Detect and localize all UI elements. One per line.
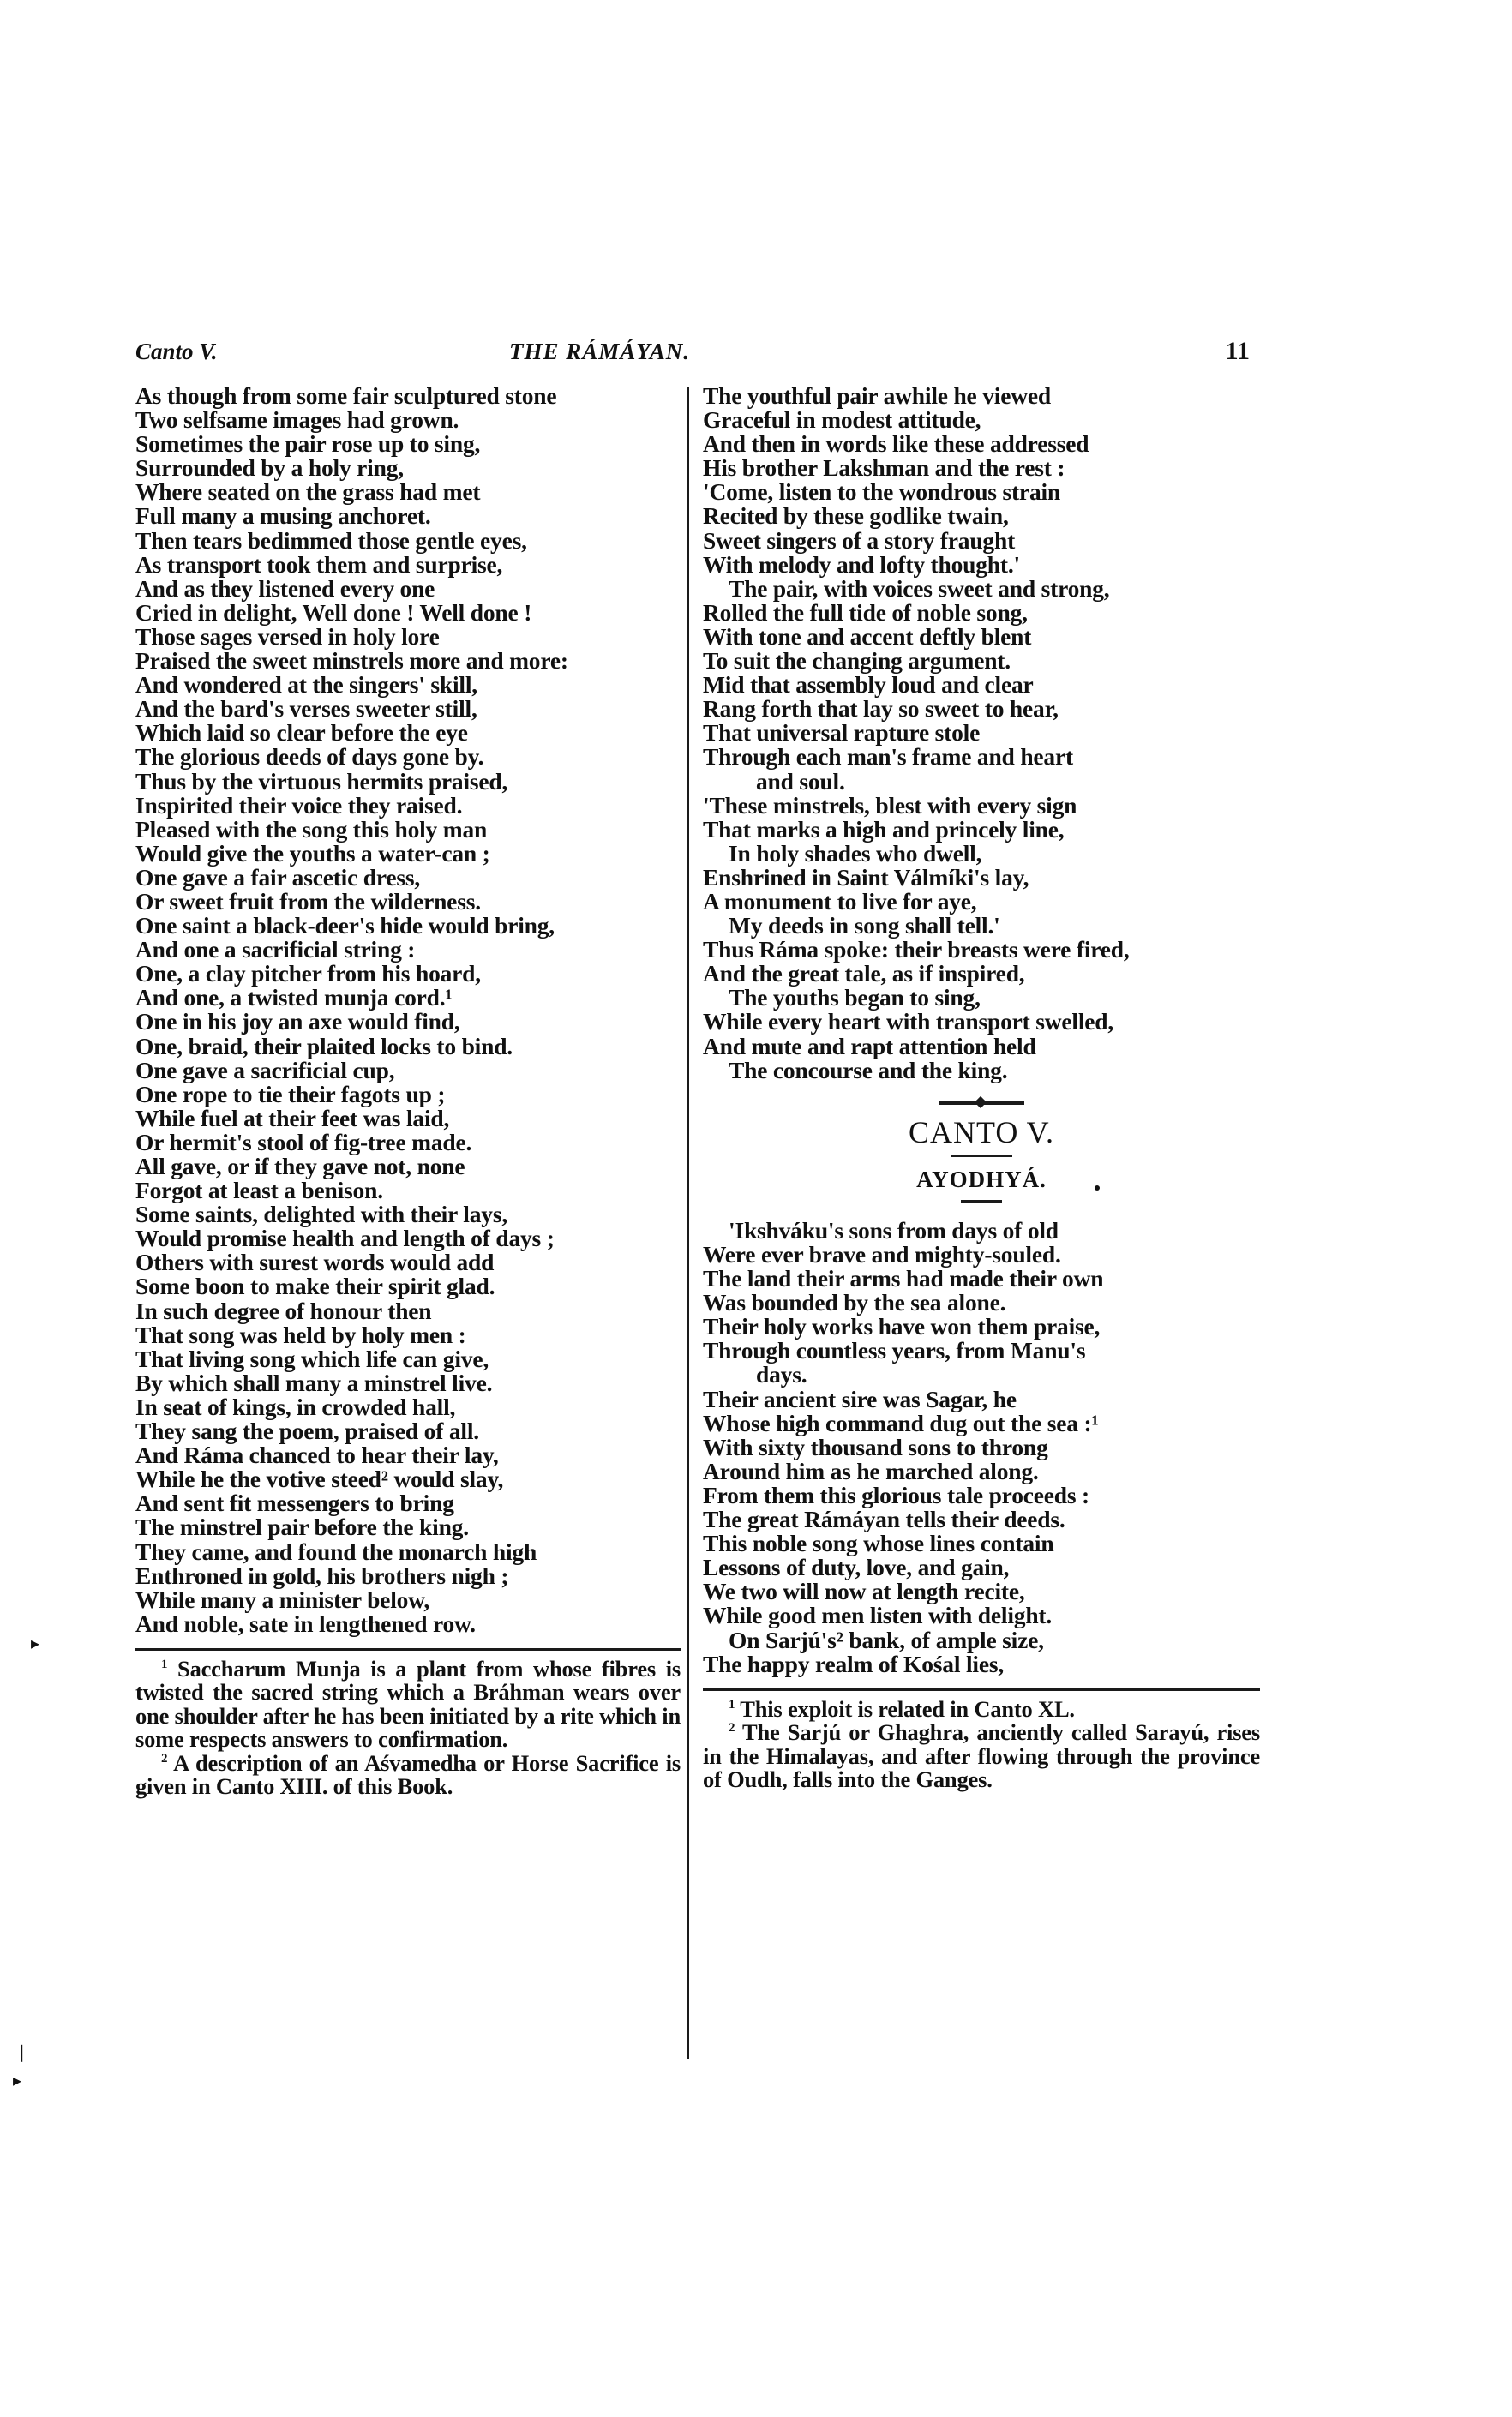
- verse-line: As transport took them and surprise,: [135, 553, 681, 577]
- verse-line: Inspirited their voice they raised.: [135, 794, 681, 818]
- left-column: As though from some fair sculptured ston…: [135, 384, 681, 1799]
- stray-ink-dot: [1095, 1185, 1100, 1191]
- verse-line: This noble song whose lines contain: [703, 1532, 1260, 1556]
- footnote: 1 This exploit is related in Canto XL.: [703, 1698, 1260, 1722]
- verse-line: And sent fit messengers to bring: [135, 1491, 681, 1515]
- canto-heading: CANTO V. AYODHYÁ.: [703, 1101, 1260, 1203]
- running-head-title: THE RÁMÁYAN.: [509, 339, 690, 365]
- verse-line: 'Ikshváku's sons from days of old: [703, 1219, 1260, 1243]
- verse-line: And the great tale, as if inspired,: [703, 962, 1260, 986]
- verse-line: With tone and accent deftly blent: [703, 625, 1260, 649]
- right-verse-canto-v: 'Ikshváku's sons from days of oldWere ev…: [703, 1219, 1260, 1676]
- verse-line: With sixty thousand sons to throng: [703, 1436, 1260, 1460]
- verse-line: In holy shades who dwell,: [703, 842, 1260, 866]
- book-page: Canto V. THE RÁMÁYAN. 11 As though from …: [0, 0, 1512, 2417]
- verse-line: As though from some fair sculptured ston…: [135, 384, 681, 408]
- footnote-text: The Sarjú or Ghaghra, anciently called S…: [703, 1719, 1260, 1792]
- footnote-text: Saccharum Munja is a plant from whose fi…: [135, 1656, 681, 1753]
- verse-line: Thus Ráma spoke: their breasts were fire…: [703, 938, 1260, 962]
- verse-line: Surrounded by a holy ring,: [135, 456, 681, 480]
- verse-line: The great Rámáyan tells their deeds.: [703, 1508, 1260, 1532]
- verse-line: The land their arms had made their own: [703, 1267, 1260, 1291]
- verse-line: Thus by the virtuous hermits praised,: [135, 770, 681, 794]
- verse-line: 'Come, listen to the wondrous strain: [703, 480, 1260, 504]
- verse-line: Rang forth that lay so sweet to hear,: [703, 697, 1260, 721]
- verse-line: The happy realm of Kośal lies,: [703, 1652, 1260, 1676]
- verse-line: That living song which life can give,: [135, 1347, 681, 1371]
- verse-line: While fuel at their feet was laid,: [135, 1107, 681, 1131]
- verse-line: While many a minister below,: [135, 1588, 681, 1612]
- verse-line: One saint a black-deer's hide would brin…: [135, 914, 681, 938]
- heading-rule: [951, 1155, 1012, 1157]
- verse-line: Which laid so clear before the eye: [135, 721, 681, 745]
- verse-line: Sweet singers of a story fraught: [703, 529, 1260, 553]
- verse-line: While good men listen with delight.: [703, 1604, 1260, 1628]
- verse-line: The concourse and the king.: [703, 1059, 1260, 1083]
- verse-line: Then tears bedimmed those gentle eyes,: [135, 529, 681, 553]
- verse-line: And as they listened every one: [135, 577, 681, 601]
- verse-line: Some saints, delighted with their lays,: [135, 1203, 681, 1226]
- verse-line: One gave a fair ascetic dress,: [135, 866, 681, 890]
- verse-line: Was bounded by the sea alone.: [703, 1291, 1260, 1315]
- column-divider: [687, 387, 689, 2059]
- verse-line: One, a clay pitcher from his hoard,: [135, 962, 681, 986]
- verse-line: We two will now at length recite,: [703, 1580, 1260, 1604]
- running-head: Canto V. THE RÁMÁYAN. 11: [135, 339, 1250, 373]
- verse-line: Others with surest words would add: [135, 1250, 681, 1274]
- footnote-rule: [135, 1648, 681, 1651]
- verse-line: Would give the youths a water-can ;: [135, 842, 681, 866]
- verse-line: Were ever brave and mighty-souled.: [703, 1243, 1260, 1267]
- footnote: 2 A description of an Aśvamedha or Horse…: [135, 1752, 681, 1799]
- footnote: 1 Saccharum Munja is a plant from whose …: [135, 1658, 681, 1752]
- verse-line: With melody and lofty thought.': [703, 553, 1260, 577]
- verse-line: Through each man's frame and heart: [703, 745, 1260, 769]
- verse-line: 'These minstrels, blest with every sign: [703, 794, 1260, 818]
- verse-line: Full many a musing anchoret.: [135, 504, 681, 528]
- verse-line: One gave a sacrificial cup,: [135, 1059, 681, 1083]
- verse-line: Sometimes the pair rose up to sing,: [135, 432, 681, 456]
- verse-line: A monument to live for aye,: [703, 890, 1260, 914]
- verse-line: Enshrined in Saint Válmíki's lay,: [703, 866, 1260, 890]
- margin-tick-icon: ❘: [15, 2042, 29, 2062]
- verse-line: Lessons of duty, love, and gain,: [703, 1556, 1260, 1580]
- verse-line: From them this glorious tale proceeds :: [703, 1484, 1260, 1508]
- right-column: The youthful pair awhile he viewedGracef…: [703, 384, 1260, 1792]
- verse-line: In such degree of honour then: [135, 1299, 681, 1323]
- verse-line: Rolled the full tide of noble song,: [703, 601, 1260, 625]
- margin-arrow-icon: ▸: [13, 2070, 21, 2090]
- verse-line: While he the votive steed² would slay,: [135, 1467, 681, 1491]
- verse-line: The youths began to sing,: [703, 986, 1260, 1010]
- heading-rule: [961, 1200, 1002, 1203]
- footnote-rule: [703, 1688, 1260, 1691]
- margin-arrow-icon: ▸: [31, 1633, 39, 1653]
- verse-line: Graceful in modest attitude,: [703, 408, 1260, 432]
- ornament-rule-icon: [939, 1101, 1024, 1105]
- verse-line: In seat of kings, in crowded hall,: [135, 1395, 681, 1419]
- footnote: 2 The Sarjú or Ghaghra, anciently called…: [703, 1721, 1260, 1792]
- verse-line: Those sages versed in holy lore: [135, 625, 681, 649]
- verse-line: Enthroned in gold, his brothers nigh ;: [135, 1564, 681, 1588]
- verse-line: The minstrel pair before the king.: [135, 1515, 681, 1539]
- verse-line: To suit the changing argument.: [703, 649, 1260, 673]
- verse-line: Would promise health and length of days …: [135, 1226, 681, 1250]
- verse-line: His brother Lakshman and the rest :: [703, 456, 1260, 480]
- verse-line: And Ráma chanced to hear their lay,: [135, 1443, 681, 1467]
- verse-line: Through countless years, from Manu's: [703, 1339, 1260, 1363]
- verse-line: Recited by these godlike twain,: [703, 504, 1260, 528]
- verse-line: By which shall many a minstrel live.: [135, 1371, 681, 1395]
- verse-line: They sang the poem, praised of all.: [135, 1419, 681, 1443]
- verse-line: On Sarjú's² bank, of ample size,: [703, 1628, 1260, 1652]
- verse-line: That song was held by holy men :: [135, 1323, 681, 1347]
- verse-line: and soul.: [703, 770, 1260, 794]
- footnote-text: This exploit is related in Canto XL.: [735, 1696, 1075, 1722]
- verse-line: That marks a high and princely line,: [703, 818, 1260, 842]
- verse-line: The youthful pair awhile he viewed: [703, 384, 1260, 408]
- verse-line: One, braid, their plaited locks to bind.: [135, 1035, 681, 1059]
- verse-line: Around him as he marched along.: [703, 1460, 1260, 1484]
- verse-line: While every heart with transport swelled…: [703, 1010, 1260, 1034]
- verse-line: Pleased with the song this holy man: [135, 818, 681, 842]
- verse-line: Or sweet fruit from the wilderness.: [135, 890, 681, 914]
- verse-line: Forgot at least a benison.: [135, 1179, 681, 1203]
- verse-line: Or hermit's stool of fig-tree made.: [135, 1131, 681, 1155]
- right-footnotes: 1 This exploit is related in Canto XL.2 …: [703, 1698, 1260, 1792]
- verse-line: One rope to tie their fagots up ;: [135, 1083, 681, 1107]
- verse-line: All gave, or if they gave not, none: [135, 1155, 681, 1179]
- verse-line: Mid that assembly loud and clear: [703, 673, 1260, 697]
- verse-line: Where seated on the grass had met: [135, 480, 681, 504]
- canto-subtitle: AYODHYÁ.: [703, 1167, 1260, 1191]
- verse-line: My deeds in song shall tell.': [703, 914, 1260, 938]
- verse-line: And the bard's verses sweeter still,: [135, 697, 681, 721]
- canto-title: CANTO V.: [703, 1120, 1260, 1144]
- verse-line: Some boon to make their spirit glad.: [135, 1274, 681, 1298]
- verse-line: And then in words like these addressed: [703, 432, 1260, 456]
- page-number: 11: [1226, 337, 1250, 366]
- running-head-canto: Canto V.: [135, 339, 218, 365]
- verse-line: And wondered at the singers' skill,: [135, 673, 681, 697]
- verse-line: Whose high command dug out the sea :¹: [703, 1412, 1260, 1436]
- verse-line: Their holy works have won them praise,: [703, 1315, 1260, 1339]
- verse-line: Their ancient sire was Sagar, he: [703, 1388, 1260, 1412]
- verse-line: They came, and found the monarch high: [135, 1540, 681, 1564]
- verse-line: And one, a twisted munja cord.¹: [135, 986, 681, 1010]
- verse-line: And one a sacrificial string :: [135, 938, 681, 962]
- verse-line: Cried in delight, Well done ! Well done …: [135, 601, 681, 625]
- verse-line: The glorious deeds of days gone by.: [135, 745, 681, 769]
- verse-line: That universal rapture stole: [703, 721, 1260, 745]
- verse-line: And mute and rapt attention held: [703, 1035, 1260, 1059]
- verse-line: The pair, with voices sweet and strong,: [703, 577, 1260, 601]
- verse-line: days.: [703, 1363, 1260, 1387]
- left-verse: As though from some fair sculptured ston…: [135, 384, 681, 1636]
- footnote-text: A description of an Aśvamedha or Horse S…: [135, 1750, 681, 1800]
- right-verse-canto-iv-end: The youthful pair awhile he viewedGracef…: [703, 384, 1260, 1083]
- left-footnotes: 1 Saccharum Munja is a plant from whose …: [135, 1658, 681, 1799]
- verse-line: One in his joy an axe would find,: [135, 1010, 681, 1034]
- verse-line: And noble, sate in lengthened row.: [135, 1612, 681, 1636]
- verse-line: Two selfsame images had grown.: [135, 408, 681, 432]
- verse-line: Praised the sweet minstrels more and mor…: [135, 649, 681, 673]
